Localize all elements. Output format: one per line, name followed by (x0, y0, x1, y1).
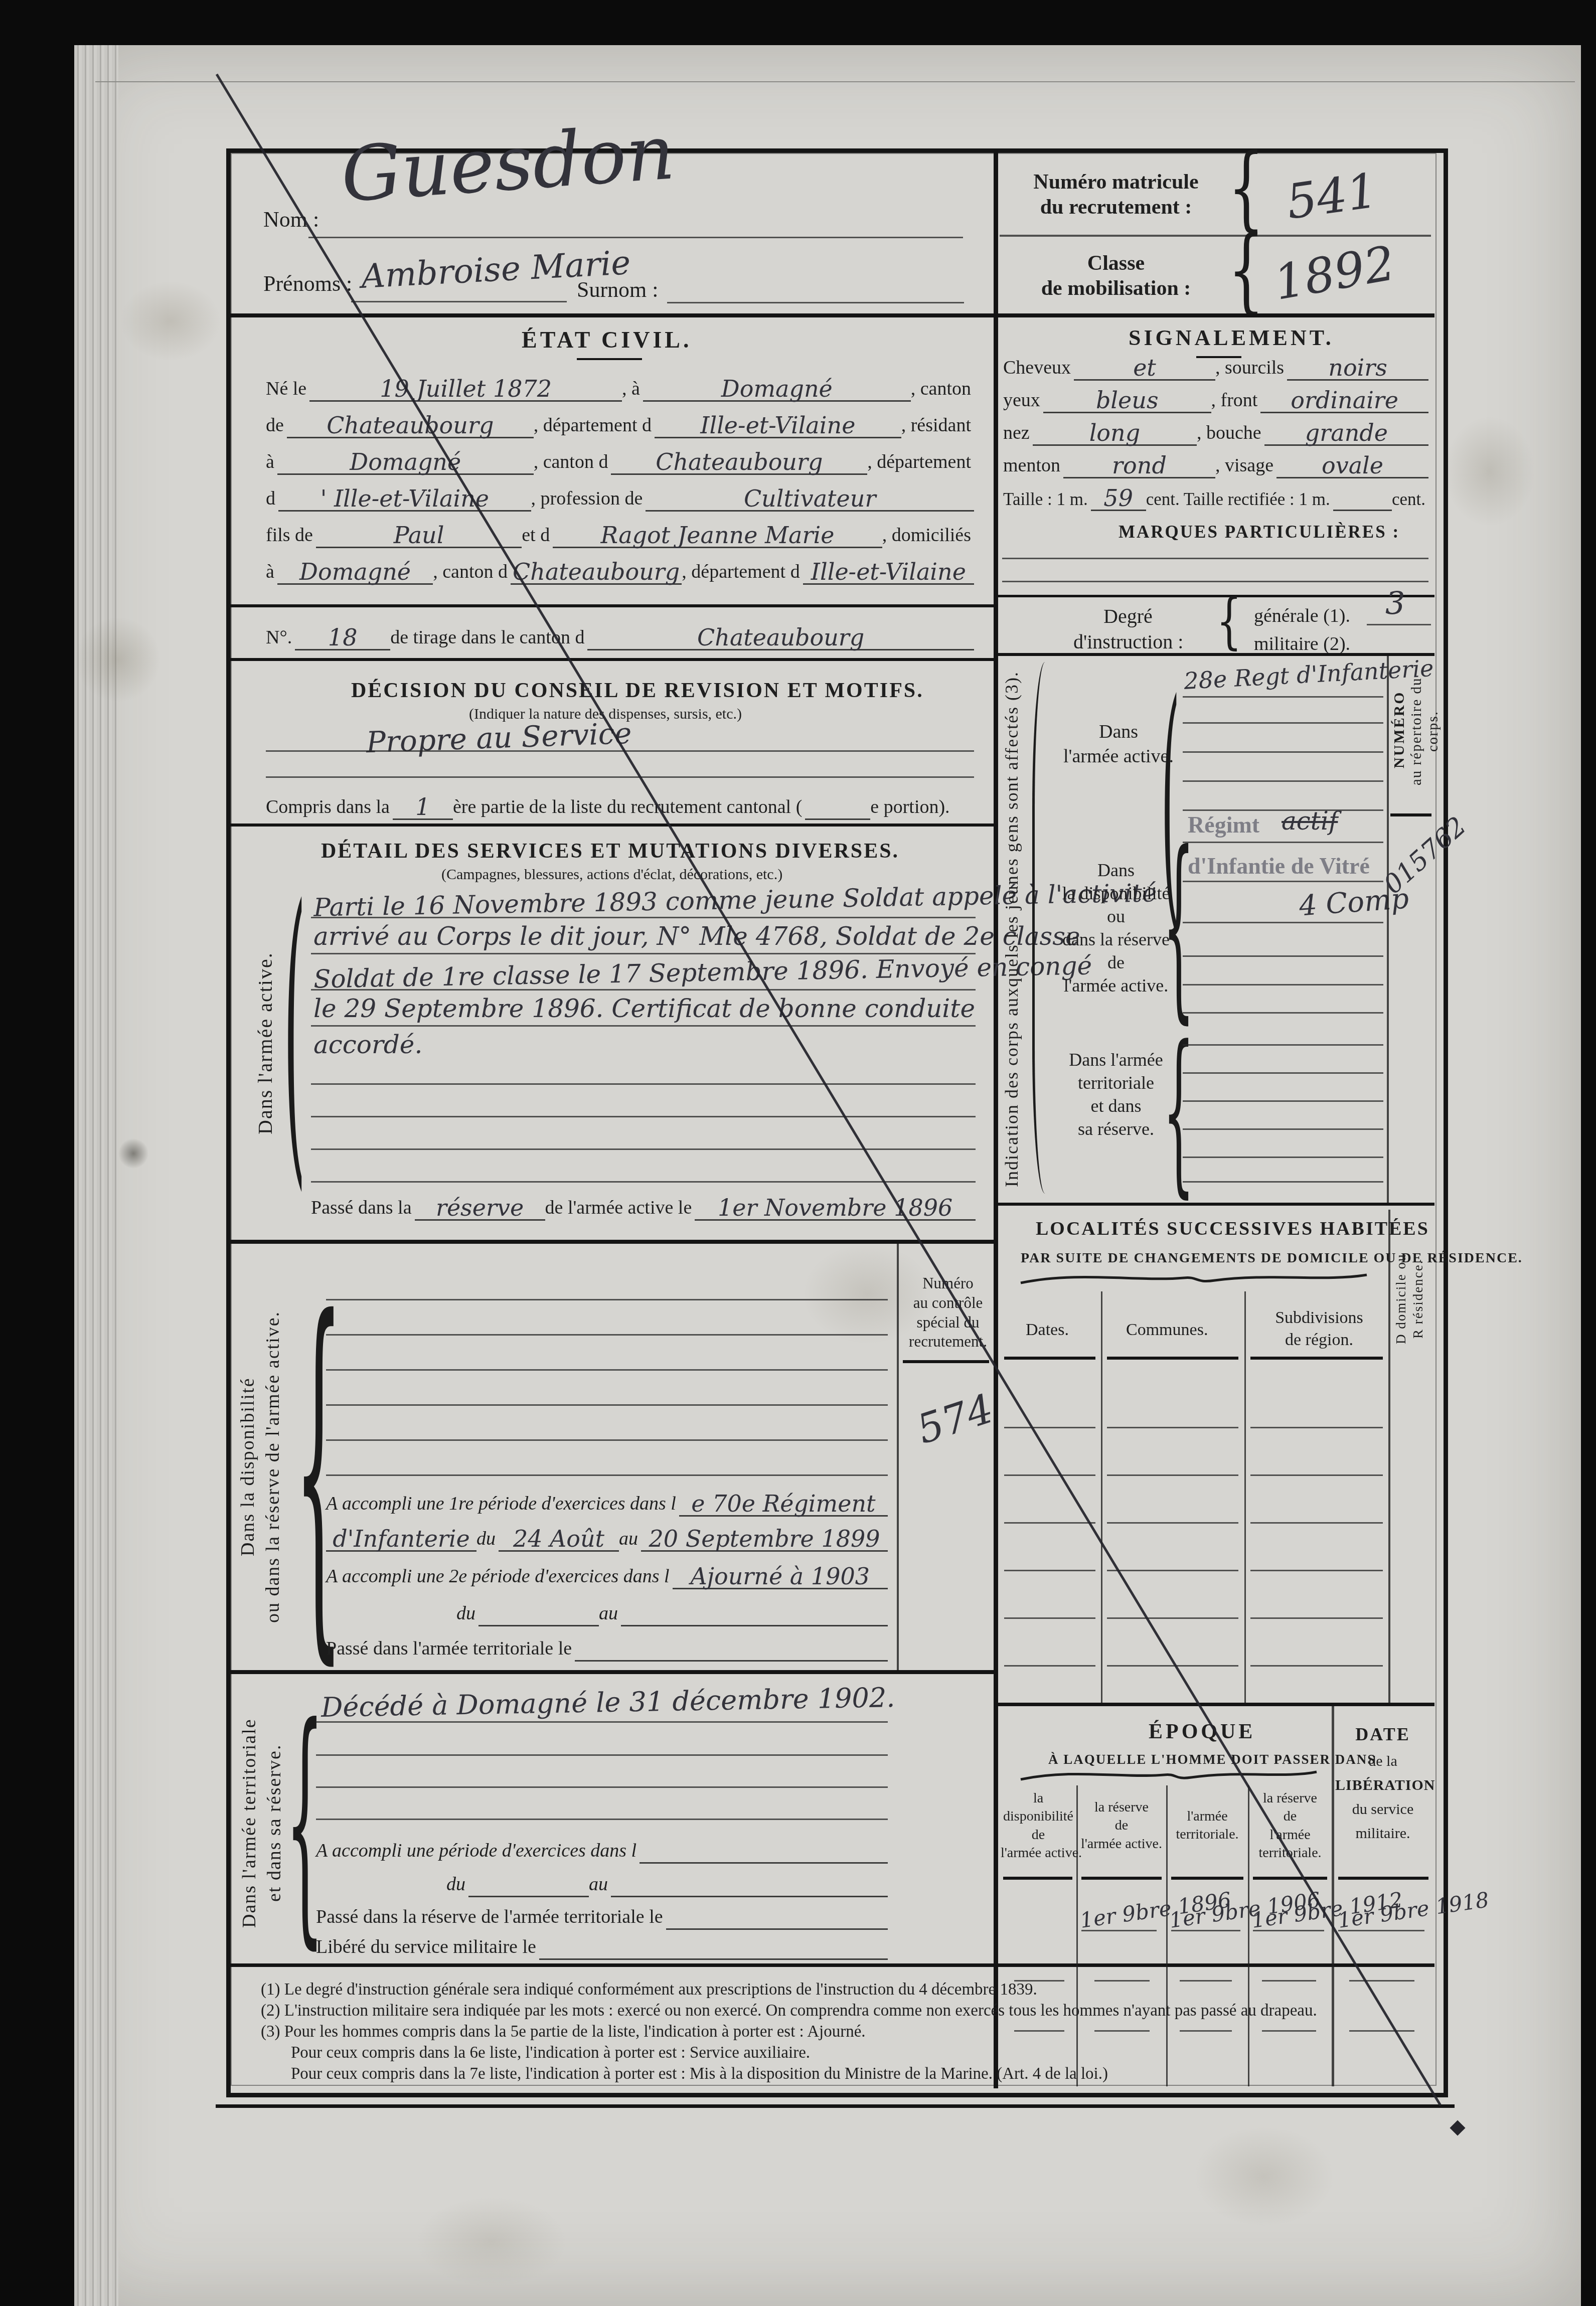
marques-title: MARQUES PARTICULIÈRES : (1119, 522, 1400, 543)
footnote-4: Pour ceux compris dans la 6e liste, l'in… (291, 2043, 1434, 2063)
signalement-bottom-rule (998, 653, 1434, 656)
numero-repertoire-label-1: NUMÉRO (1391, 660, 1408, 800)
localites-col-dates: Dates. (1026, 1320, 1069, 1341)
service-line-4: le 29 Septembre 1896. Certificat de bonn… (313, 996, 975, 1021)
armee-active-paren: ( (283, 872, 305, 1195)
matricule-value-handwritten: 541 (1284, 167, 1380, 227)
epoque-col2-header: la réservedel'armée active. (1079, 1798, 1164, 1853)
epoque-subtitle: À LAQUELLE L'HOMME DOIT PASSER DANS (1048, 1751, 1376, 1767)
localites-col-communes: Communes. (1126, 1320, 1208, 1341)
regiment-stamp-line1: Régimt (1188, 811, 1259, 838)
classe-brace: { (1228, 225, 1264, 317)
surnom-label: Surnom : (577, 277, 659, 303)
degre-militaire-label: militaire (2). (1254, 633, 1350, 656)
tirage-row: N°.18 de tirage dans le canton dChateaub… (266, 626, 974, 650)
epoque-col3-header: l'arméeterritoriale. (1169, 1807, 1245, 1844)
regiment-stamp-line2: d'Infantie de Vitré (1188, 853, 1370, 879)
passe-reserve-row: Passé dans laréserve de l'armée active l… (311, 1196, 976, 1221)
localites-bottom-rule (998, 1703, 1434, 1706)
service-line-2: arrivé au Corps le dit jour, N° Mle 4768… (313, 924, 1080, 949)
sig-row-taille: Taille : 1 m.59 cent. Taille rectifiée :… (1003, 486, 1428, 511)
degre-label-1: Degré (1103, 604, 1153, 628)
side-label-indication-corps: Indication des corps auxquels les jeunes… (1001, 660, 1022, 1199)
nom-label: Nom : (263, 207, 319, 233)
localites-col-residence: R résidence. (1410, 1216, 1426, 1382)
numero-repertoire-label-2: au répertoire du corps. (1408, 656, 1442, 806)
periode2-row: A accompli une 2e période d'exercices da… (326, 1565, 888, 1589)
epoque-col1-header: ladisponibilitédel'armée active. (1001, 1789, 1076, 1863)
epoque-swash (1018, 1767, 1319, 1783)
main-vertical-divider (994, 150, 998, 2088)
periode1-row: A accompli une 1re période d'exercices d… (326, 1492, 888, 1517)
epoque-date-header: DATE de la LIBÉRATION du servicemilitair… (1335, 1720, 1430, 1846)
controle-column-divider (897, 1244, 899, 1673)
prenoms-label: Prénoms : (263, 271, 352, 297)
controle-header: Numéroau contrôlespécial durecrutement. (903, 1274, 993, 1352)
side-label-territoriale-1: Dans l'armée territoriale (238, 1690, 260, 1956)
epoque-col4-header: la réservedel'arméeterritoriale. (1251, 1789, 1329, 1863)
footnote-2: (2) L'instruction militaire sera indiqué… (261, 2001, 1434, 2021)
degre-generale-label: générale (1). (1254, 605, 1350, 628)
numero-repertoire-divider (1387, 656, 1389, 1204)
side-label-disponibilite-2: ou dans la réserve de l'armée active. (262, 1276, 284, 1658)
corps-terr-label: Dans l'arméeterritorialeet danssa réserv… (1053, 1048, 1179, 1140)
header-separator-rule (231, 313, 1434, 317)
localites-title: LOCALITÉS SUCCESSIVES HABITÉES (1036, 1218, 1429, 1241)
libere-row: Libéré du service militaire le (316, 1936, 888, 1960)
sig-row-menton: mentonrond , visageovale (1003, 454, 1428, 478)
corps-dispo-brace: { (1163, 826, 1195, 1025)
passe-territoriale-row: Passé dans l'armée territoriale le (326, 1637, 888, 1662)
corps-terr-brace: { (1163, 1023, 1195, 1199)
periode2-dates-row: du au (326, 1602, 888, 1626)
terr-dates-row: du au (316, 1873, 888, 1897)
bottom-outer-rule (216, 2104, 1455, 2108)
etat-row-domicile: àDomagné , canton dChateaubourg , départ… (266, 560, 974, 585)
sig-row-nez: nezlong , bouchegrande (1003, 421, 1428, 446)
etat-row-naissance: Né le19 Juillet 1872 , àDomagné , canton (266, 377, 974, 402)
etat-row-residence: àDomagné , canton dChateaubourg , départ… (266, 450, 974, 475)
compris-row: Compris dans la1 ère partie de la liste … (266, 795, 974, 820)
footnote-3: (3) Pour les hommes compris dans la 5e p… (261, 2022, 1434, 2042)
footnote-separator (231, 1963, 1434, 1967)
corps-bottom-rule (998, 1203, 1434, 1206)
etat-row-parents: fils dePaul et dRagot Jeanne Marie , dom… (266, 524, 974, 548)
localites-col-subdivisions: Subdivisionsde région. (1254, 1307, 1384, 1351)
terr-passe-reserve-row: Passé dans la réserve de l'armée territo… (316, 1906, 888, 1930)
localites-subtitle: PAR SUITE DE CHANGEMENTS DE DOMICILE OU … (1021, 1250, 1523, 1267)
periode1-row2: d'Infanterie du 24 Août au 20 Septembre … (326, 1527, 888, 1552)
degre-generale-value: 3 (1385, 588, 1405, 619)
scanned-military-register-sheet: Nom : Guesdon Prénoms : Ambroise Marie S… (0, 0, 1596, 2306)
matricule-label: Numéro matriculedu recrutement : (1011, 170, 1221, 220)
epoque-title: ÉPOQUE (1149, 1719, 1255, 1744)
localites-col-domicile: D domicile ou (1393, 1216, 1409, 1382)
decision-title: DÉCISION DU CONSEIL DE REVISION ET MOTIF… (351, 678, 924, 703)
footnote-1: (1) Le degré d'instruction générale sera… (261, 1980, 1434, 2000)
service-line-5: accordé. (313, 1032, 422, 1057)
underlying-page-edge (95, 81, 1575, 82)
side-label-armee-active: Dans l'armée active. (253, 848, 277, 1239)
nom-value-handwritten: Guesdon (339, 115, 677, 213)
sig-row-cheveux: Cheveuxet , sourcilsnoirs (1003, 356, 1428, 381)
regiment-stamp-crossed-actif: actif (1282, 808, 1338, 834)
sig-row-yeux: yeuxbleus , frontordinaire (1003, 389, 1428, 413)
side-label-territoriale-2: et dans sa réserve. (263, 1690, 285, 1956)
etat-civil-title: ÉTAT CIVIL. (522, 326, 692, 354)
classe-label: Classede mobilisation : (1011, 251, 1221, 301)
side-label-disponibilite-1: Dans la disponibilité (237, 1276, 259, 1658)
etat-row-departement-profession: d' Ille-et-Vilaine , profession deCultiv… (266, 487, 974, 512)
detail-subtitle: (Campagnes, blessures, actions d'éclat, … (441, 866, 782, 884)
corps-dispo-label: Dansla disponibilitéou dans la réservede… (1053, 859, 1179, 997)
book-page-stack-edge (74, 45, 118, 2306)
signalement-title: SIGNALEMENT. (1129, 325, 1334, 352)
degre-brace: { (1216, 591, 1242, 651)
localites-swash (1018, 1270, 1369, 1288)
terr-periode-row: A accompli une période d'exercices dans … (316, 1840, 888, 1864)
etat-row-canton: deChateaubourg , département dIlle-et-Vi… (266, 414, 974, 438)
footnote-5: Pour ceux compris dans la 7e liste, l'in… (291, 2064, 1434, 2084)
detail-title: DÉTAIL DES SERVICES ET MUTATIONS DIVERSE… (321, 839, 899, 864)
